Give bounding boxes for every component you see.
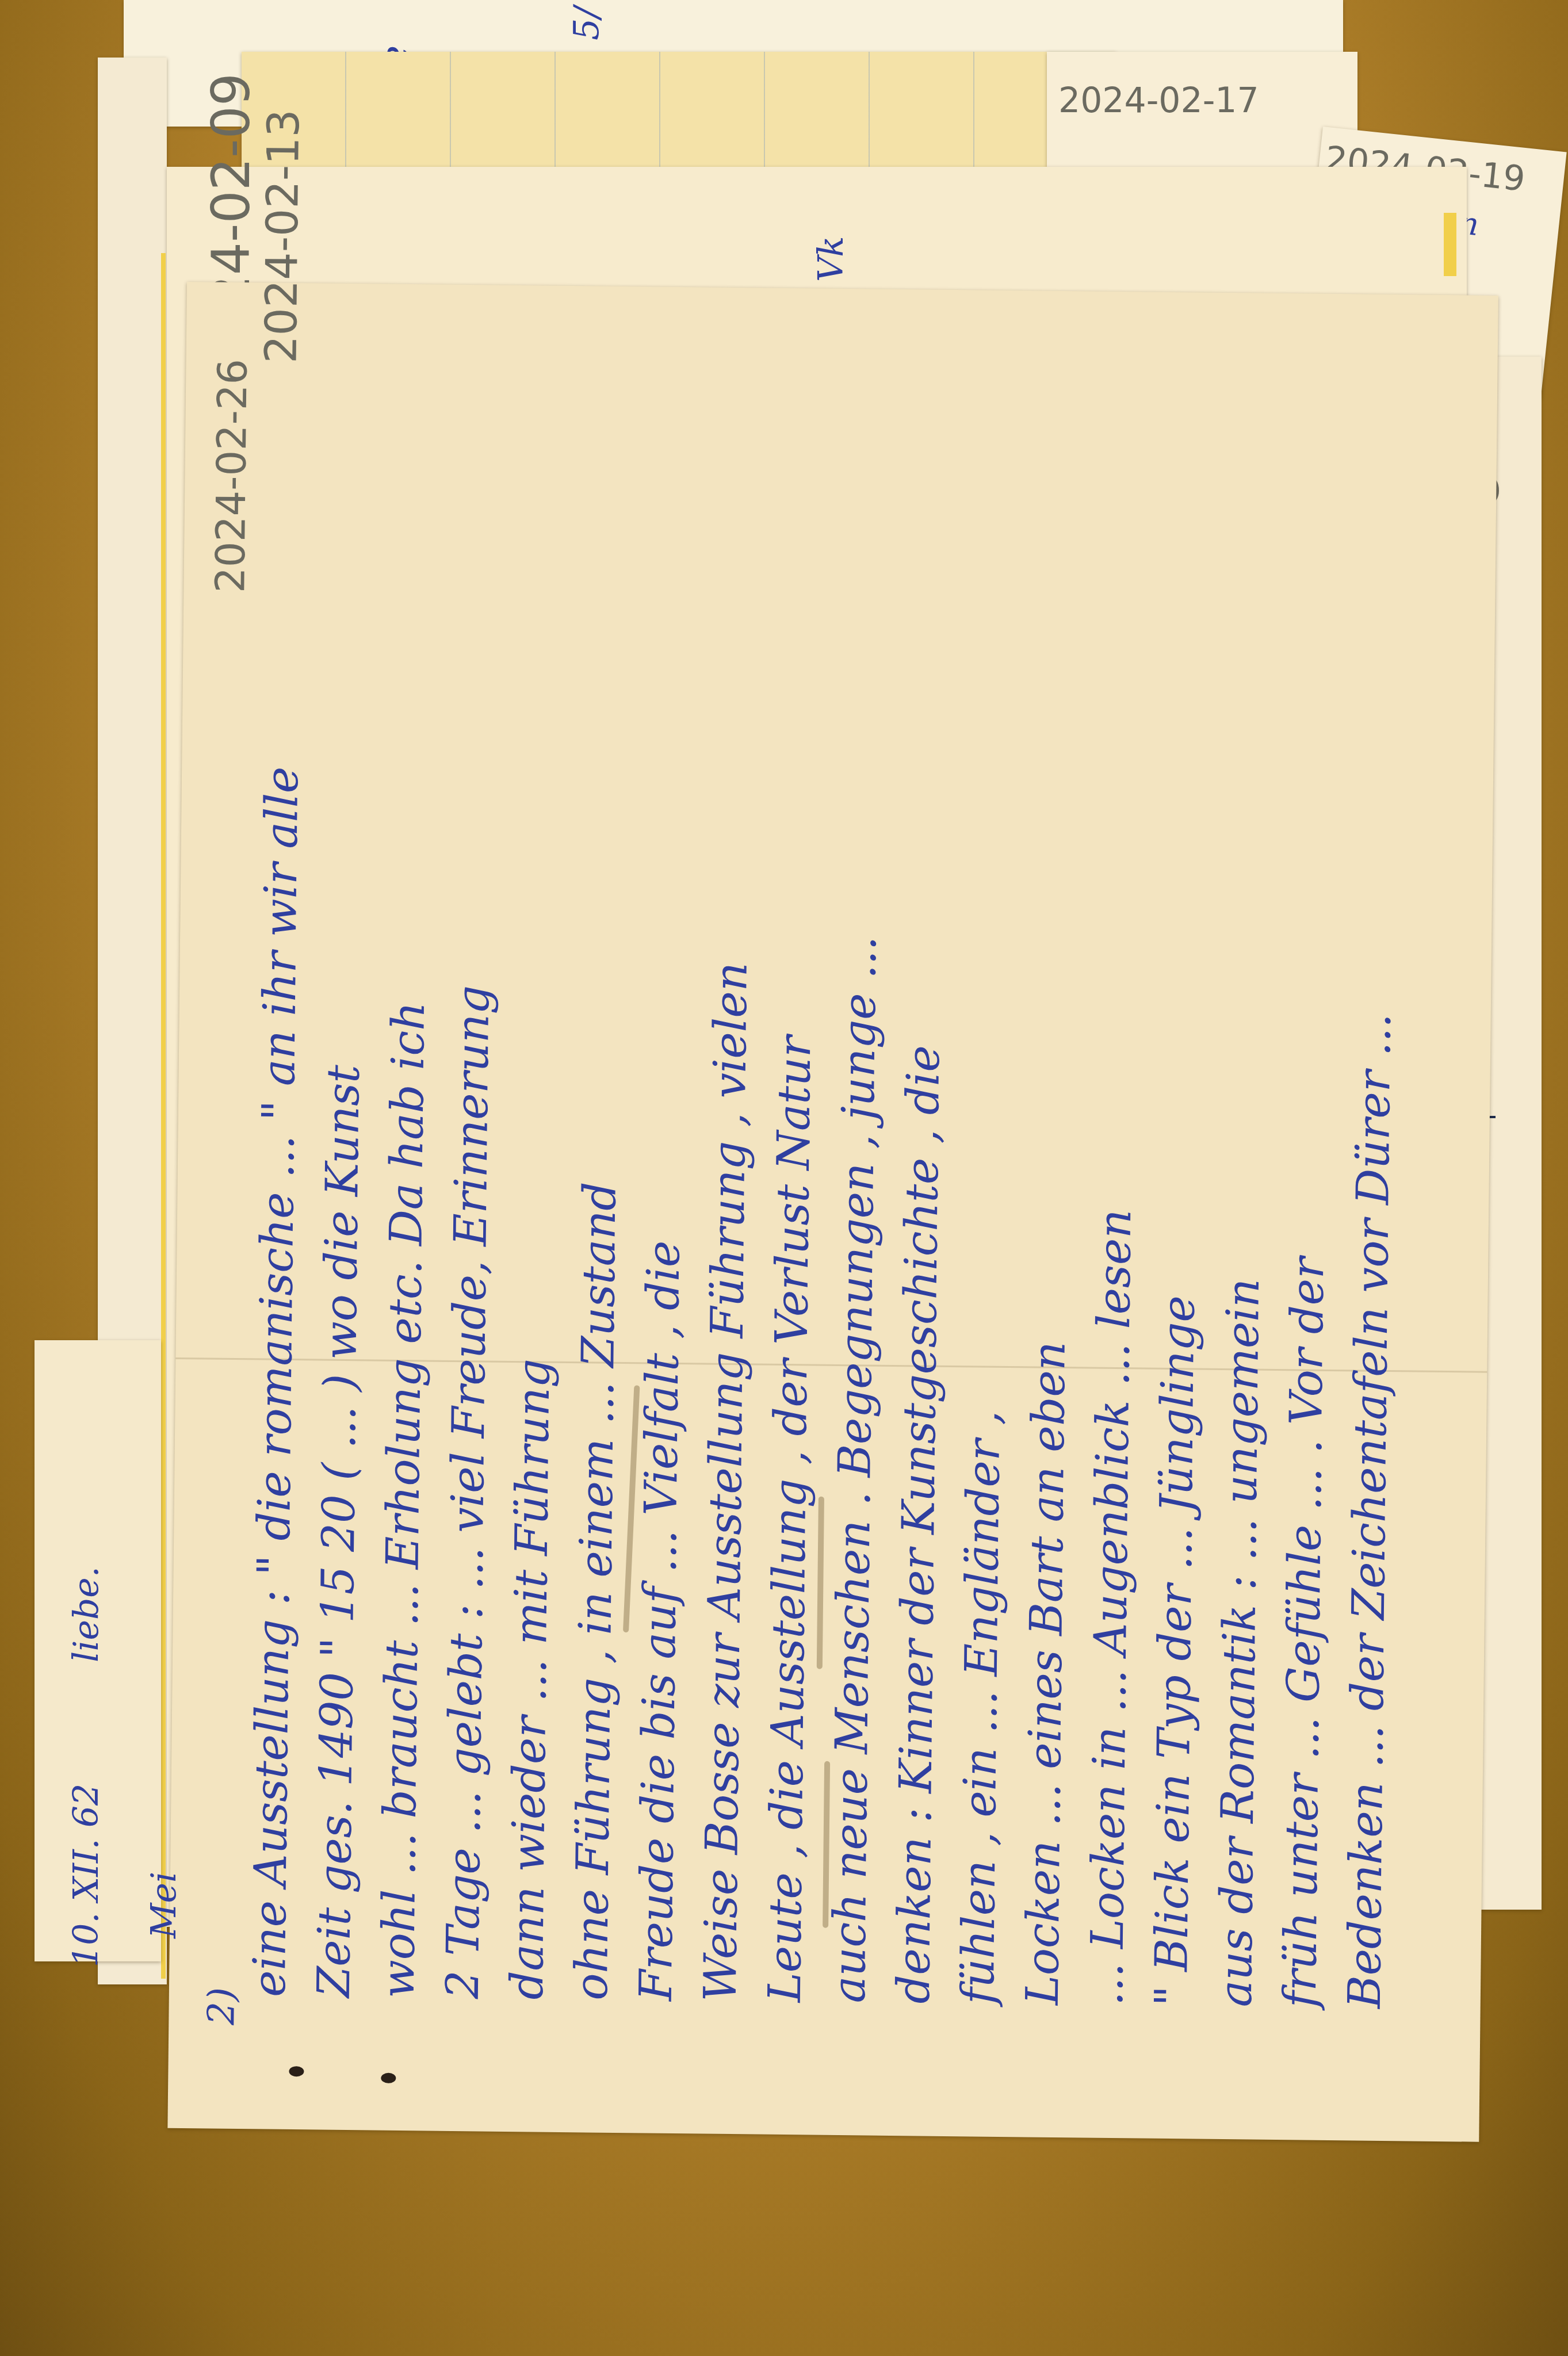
letter-line: auch neue Menschen . Begegnungen , junge… bbox=[824, 936, 886, 2003]
date-line: 10. XII. 62 bbox=[66, 1784, 106, 1967]
letter-line: dann wieder ... mit Führung bbox=[502, 1359, 560, 2000]
letter-line: früh unter ... Gefühle ... . Vor der bbox=[1275, 1257, 1334, 2008]
archive-date-1: 2024-02-26 bbox=[206, 359, 256, 594]
letter-line: fühlen , ein ... Engländer , bbox=[953, 1410, 1011, 2005]
ledger-date-card: 2024-02-17 bbox=[1047, 52, 1357, 167]
letter-line: ohne Führung , in einem ... Zustand bbox=[566, 1181, 626, 2001]
archive-date-2: 2024-02-13 bbox=[255, 109, 309, 364]
top-scrap-text: 5/ bbox=[567, 7, 607, 40]
punch-hole bbox=[381, 2073, 396, 2083]
middle-sheet-fragment: Vk bbox=[811, 236, 851, 282]
letter-line: Weise Bosse zur Ausstellung Führung , vi… bbox=[695, 962, 758, 2002]
letter-line: Bedenken ... der Zeichentafeln vor Dürer… bbox=[1339, 1013, 1401, 2009]
tape-strip bbox=[817, 1497, 824, 1669]
salutation-fragment: liebe. bbox=[66, 1566, 106, 1662]
letter-line: 2 Tage ... gelebt : ... viel Freude, Eri… bbox=[437, 985, 499, 1999]
section-marker: 2) bbox=[200, 1987, 243, 2025]
left-date-strip: 10. XII. 62 liebe. Mei bbox=[35, 1340, 161, 1961]
letter-line: denken : Kinner der Kunstgeschichte , di… bbox=[888, 1045, 950, 2004]
letter-line: Freude die bis auf ... Vielfalt , die bbox=[630, 1240, 690, 2001]
letter-line: eine Ausstellung : " die romanische ... … bbox=[244, 766, 308, 1997]
letter-line: wohl ... braucht ... Erholung etc. Da ha… bbox=[373, 1001, 435, 1998]
letter-line: " Blick ein Typ der ... Jünglinge bbox=[1146, 1295, 1205, 2007]
greeting-fragment: Mei bbox=[144, 1872, 184, 1938]
ledger-date: 2024-02-17 bbox=[1058, 81, 1259, 121]
punch-hole bbox=[289, 2066, 304, 2076]
front-letter-sheet: 2024-02-26 2024-02-13 2) eine Ausstellun… bbox=[167, 282, 1498, 2142]
letter-line: Zeit ges. 1490 " 15 20 ( ... ) wo die Ku… bbox=[308, 1065, 370, 1998]
yellow-margin-strip-right bbox=[1444, 213, 1456, 276]
letter-line: Leute , die Ausstellung , der Verlust Na… bbox=[759, 1035, 821, 2002]
ledger-sheet bbox=[242, 52, 1116, 167]
yellow-margin-strip bbox=[161, 253, 166, 1979]
letter-line: aus der Romantik : ... ungemein bbox=[1210, 1278, 1269, 2007]
letter-line: Locken ... eines Bart an eben bbox=[1017, 1341, 1076, 2006]
letter-line: ... Locken in ... Augenblick ... lesen bbox=[1081, 1209, 1141, 2006]
